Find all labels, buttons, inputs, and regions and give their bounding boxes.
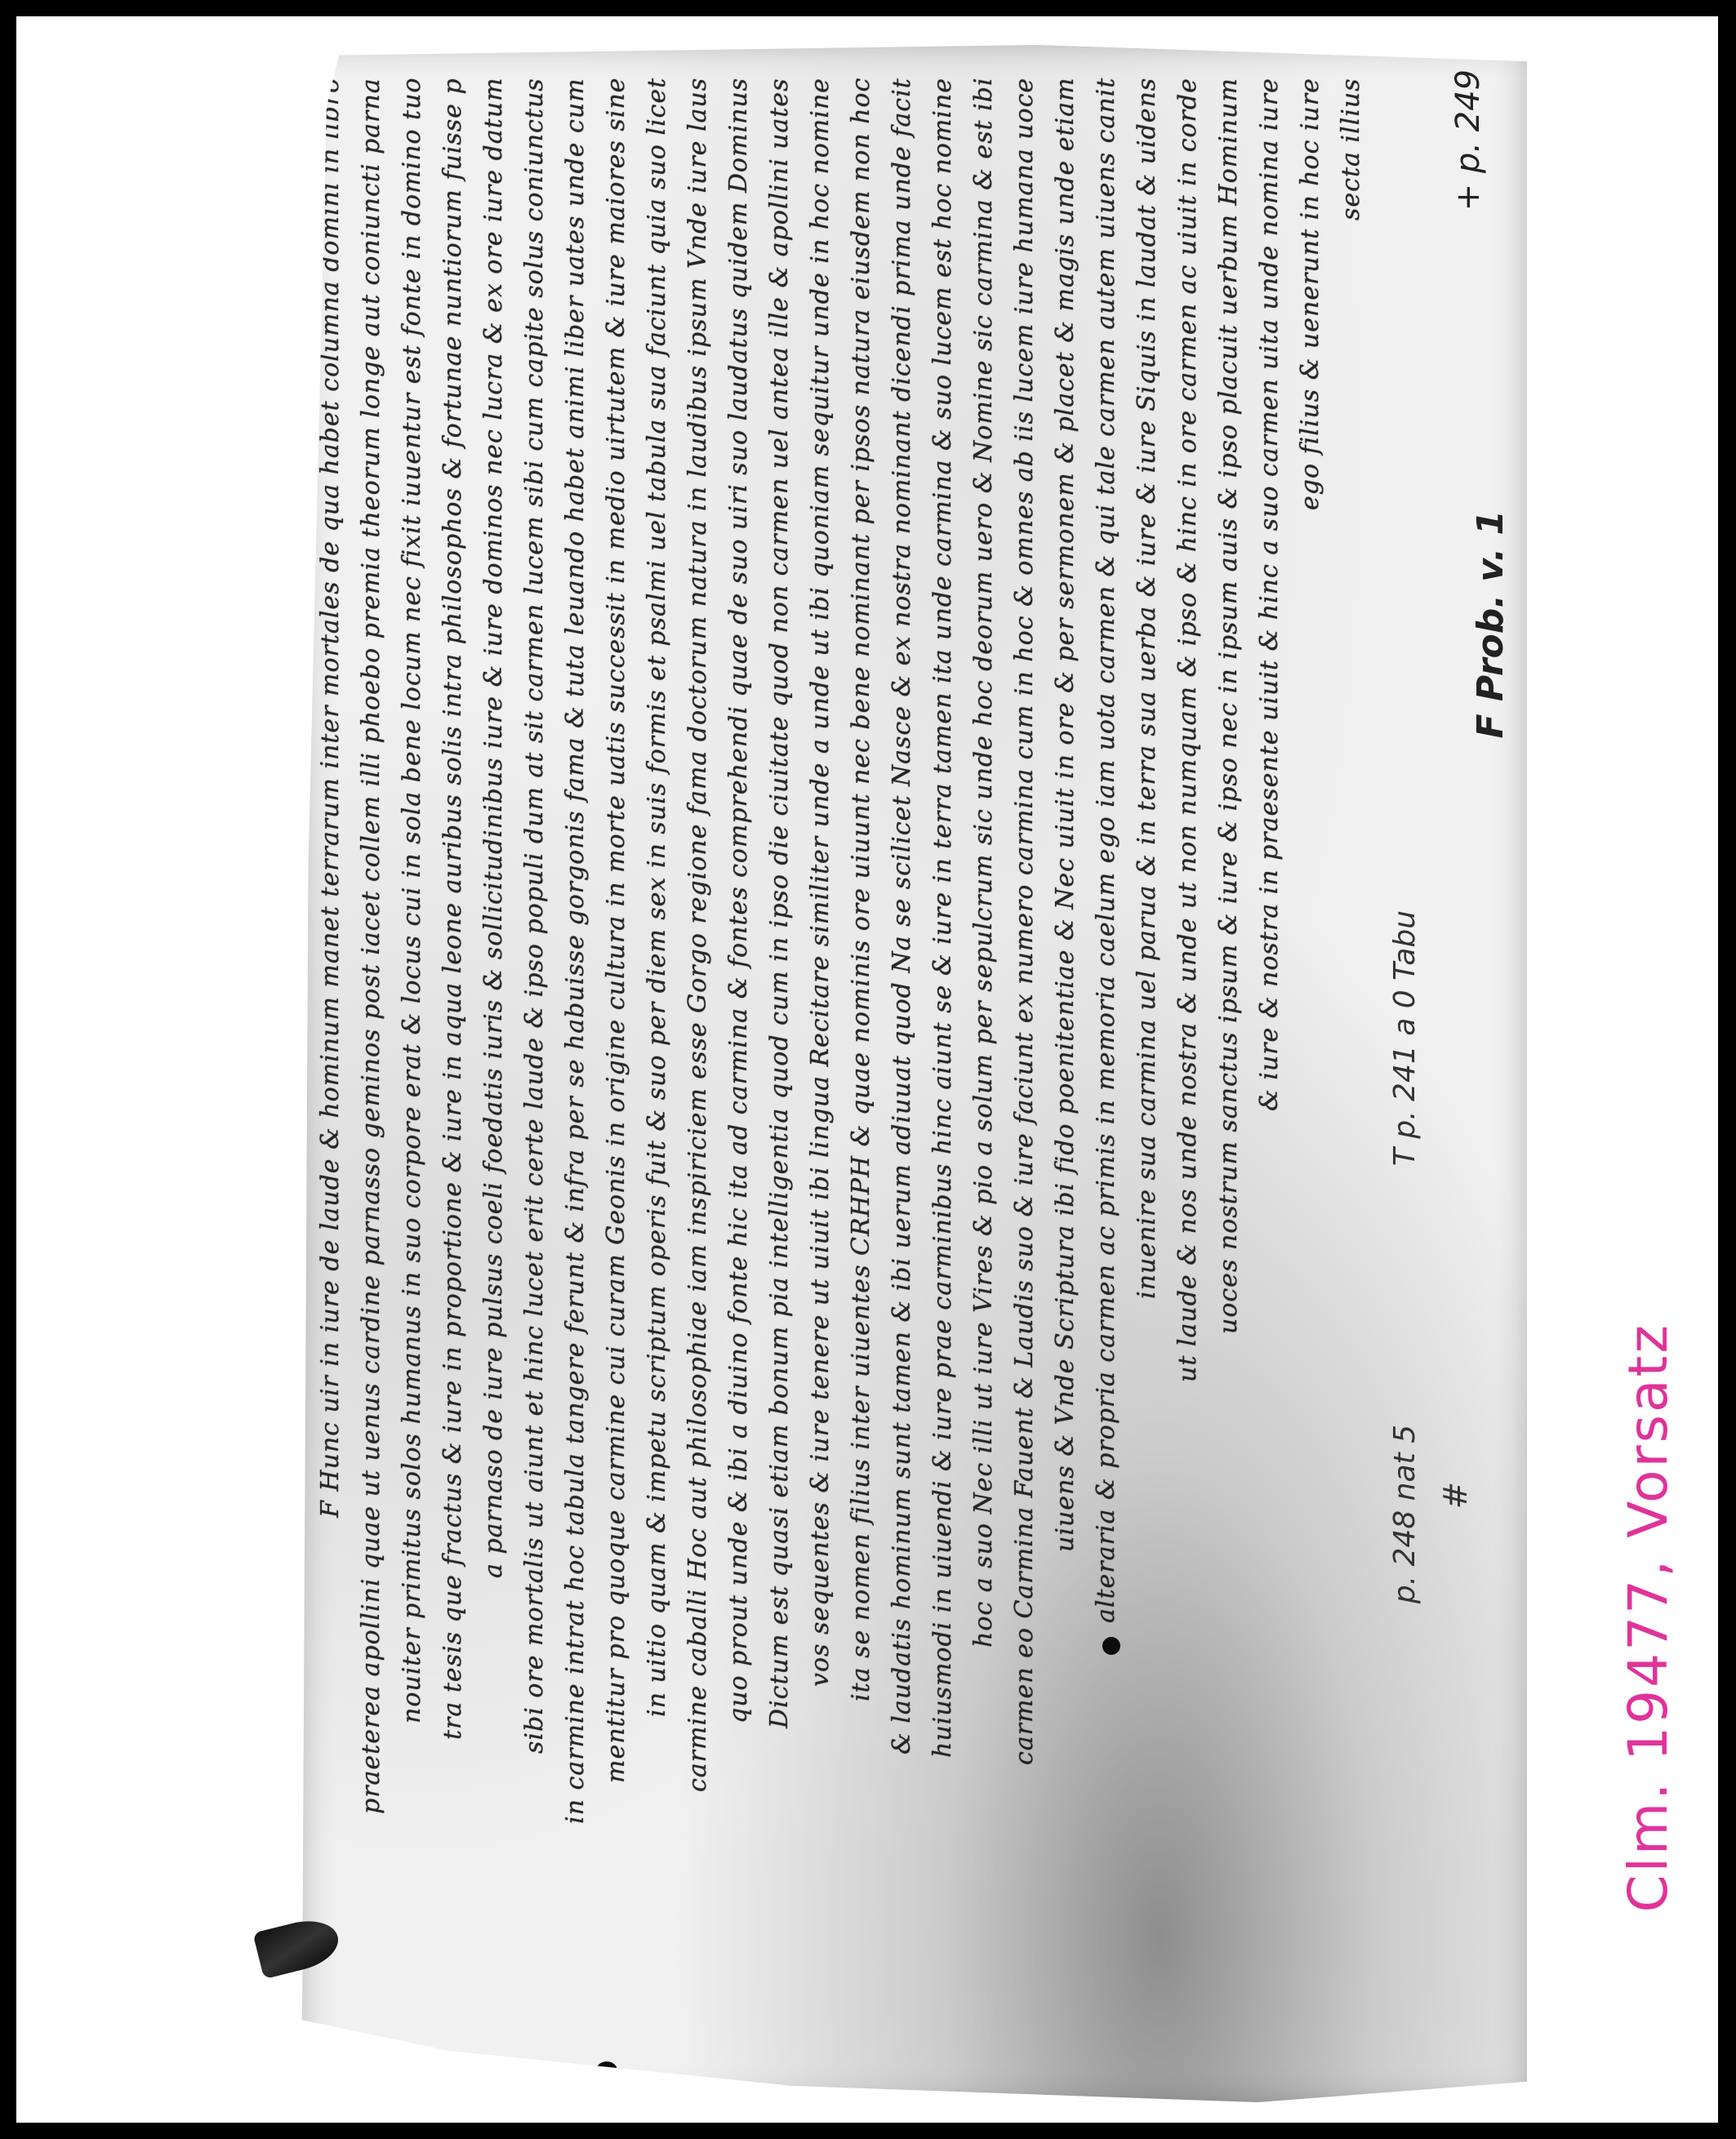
manuscript-line: tra tesis que fractus & iure in proporti… [441, 78, 482, 2070]
manuscript-text-block: F Hunc uir in iure de laude & hominum ma… [318, 78, 1445, 2070]
page-reference-annotation: T p. 241 a 0 Tabu [1388, 910, 1422, 1166]
page-number-annotation: + p. 249 [1449, 69, 1487, 211]
manuscript-line: carmine caballi Hoc aut philosophiae iam… [686, 78, 727, 2070]
manuscript-line: uoces nostrum sanctus ipsum & iure & ips… [1217, 78, 1257, 2070]
manuscript-line: huiusmodi in uiuendi & iure prae carmini… [931, 78, 972, 2070]
photo-frame: F Hunc uir in iure de laude & hominum ma… [16, 16, 1718, 2123]
manuscript-line: & iure & nostra in praesente uiuit & hin… [1257, 78, 1298, 2070]
ink-blot [596, 2061, 617, 2079]
prob-annotation: F Prob. v. 1 [1470, 510, 1511, 738]
manuscript-line: inuenire sua carmina uel parua & in terr… [1135, 78, 1176, 2070]
manuscript-line: ut laude & nos unde nostra & unde ut non… [1176, 78, 1217, 2070]
manuscript-line: in carmine intrat hoc tabula tangere fer… [563, 78, 604, 2070]
manuscript-line: hoc a suo Nec illi ut iure Vires & pio a… [972, 78, 1013, 2070]
manuscript-leaf: F Hunc uir in iure de laude & hominum ma… [302, 45, 1527, 2102]
manuscript-line: & laudatis hominum sunt tamen & ibi ueru… [890, 78, 931, 2070]
manuscript-line: praeterea apollini quae ut uenus cardine… [359, 78, 400, 2070]
manuscript-line: in uitio quam & impetu scriptum operis f… [645, 78, 686, 2070]
page-reference-annotation: p. 248 nat 5 [1388, 1425, 1422, 1603]
manuscript-line: ego filius & uenerunt in hoc iure [1298, 78, 1339, 2070]
manuscript-line: secta illius [1339, 78, 1380, 2070]
ink-blot [639, 2110, 657, 2123]
manuscript-line: sibi ore mortalis ut aiunt et hinc lucet… [523, 78, 563, 2070]
manuscript-line: ita se nomen filius inter uiuentes CRHPH… [849, 78, 890, 2070]
archival-shelfmark-note: Clm. 19477, Vorsatz [1617, 1323, 1680, 1912]
manuscript-line: quo prout unde & ibi a diuino fonte hic … [727, 78, 768, 2070]
hash-mark-annotation: # [1437, 1482, 1475, 1510]
manuscript-line: nouiter primitus solos humanus in suo co… [400, 78, 441, 2070]
ink-blot [1102, 1637, 1120, 1655]
manuscript-line: mentitur pro quoque carmine cui curam Ge… [604, 78, 645, 2070]
manuscript-line: a parnaso de iure pulsus coeli foedatis … [482, 78, 523, 2070]
manuscript-line: uiuens & Vnde Scriptura ibi fido poenite… [1053, 78, 1094, 2070]
manuscript-line: Dictum est quasi etiam bonum pia intelli… [768, 78, 808, 2070]
manuscript-line: carmen eo Carmina Fauent & Laudis suo & … [1013, 78, 1053, 2070]
manuscript-line: F Hunc uir in iure de laude & hominum ma… [318, 78, 359, 2070]
manuscript-line: vos sequentes & iure tenere ut uiuit ibi… [808, 78, 849, 2070]
manuscript-line: alteraria & propria carmen ac primis in … [1094, 78, 1135, 2070]
